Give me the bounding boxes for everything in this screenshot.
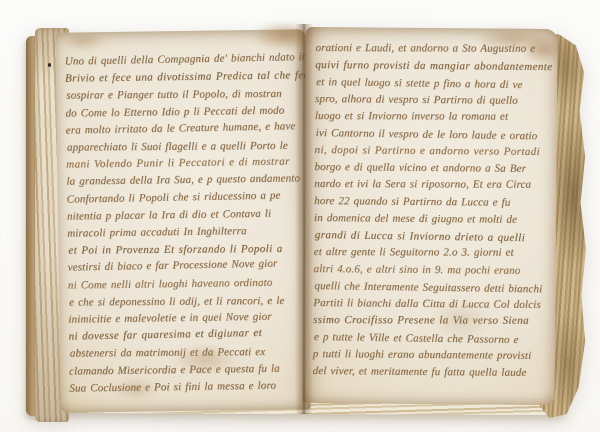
manuscript-text-line: et altre gente li Seguitorno 2.o 3. gior… bbox=[314, 244, 556, 262]
manuscript-text-line: ni Come nelli altri luoghi haveano ordin… bbox=[68, 274, 309, 295]
manuscript-text-line: in domenica del mese di giugno et molti … bbox=[314, 210, 556, 229]
left-page-handwritten-text: Uno di quelli della Compagnia de' bianch… bbox=[65, 50, 311, 397]
manuscript-text-line: orationi e Laudi, et andorno a Sto Augus… bbox=[315, 40, 557, 58]
right-page-handwritten-text: orationi e Laudi, et andorno a Sto Augus… bbox=[313, 40, 558, 382]
manuscript-text-line: Brivio et fece una divotissima Predica t… bbox=[65, 67, 306, 88]
manuscript-text-line: e p tutte le Ville et Castella che Passo… bbox=[314, 329, 556, 350]
manuscript-text-line: ni dovesse far quaresima et digiunar et bbox=[68, 324, 309, 346]
photo-background: Uno di quelli della Compagnia de' bianch… bbox=[0, 0, 600, 432]
manuscript-text-line: e che si deponessino li odij, et li ranc… bbox=[69, 293, 310, 312]
manuscript-text-line: nardo et ivi la Sera si riposorno, Et er… bbox=[314, 176, 556, 194]
manuscript-text-line: abstenersi da matrimonij et da Peccati e… bbox=[70, 344, 311, 363]
manuscript-text-line: altri 4.o.6, e altri sino in 9. ma pochi… bbox=[313, 261, 555, 280]
left-manuscript-page: Uno di quelli della Compagnia de' bianch… bbox=[55, 29, 310, 412]
manuscript-text-line: era molto irritato da le Creature humane… bbox=[66, 118, 307, 140]
manuscript-text-line: sospirar e Pianger tutto il Popolo, di m… bbox=[66, 86, 307, 105]
gutter-shadow bbox=[295, 24, 313, 414]
manuscript-text-line: del viver, et meritamente fu fatta quell… bbox=[313, 363, 555, 382]
manuscript-text-line: apparechiato li Suoi flagelli e a quelli… bbox=[67, 138, 308, 157]
open-manuscript-book: Uno di quelli della Compagnia de' bianch… bbox=[26, 22, 572, 420]
manuscript-text-line: ivi Cantorno il vespro de le loro laude … bbox=[316, 125, 558, 146]
manuscript-text-line: luogo et si Inviorno inverso la romana e… bbox=[315, 108, 557, 126]
manuscript-text-line: Sua Coclusione e Poi si fini la messa e … bbox=[69, 377, 310, 398]
manuscript-text-line: hore 22 quando si Partirno da Lucca e fu bbox=[314, 193, 556, 212]
manuscript-text-line: miracoli prima accaduti In Inghilterra bbox=[67, 222, 308, 243]
manuscript-text-line: ssimo Crocifisso Presene la Via verso Si… bbox=[313, 312, 555, 330]
manuscript-text-line: quivi furno provisti da mangiar abondant… bbox=[315, 57, 557, 76]
manuscript-text-line: et in quel luogo si stette p fino a hora… bbox=[316, 74, 558, 95]
manuscript-text-line: quelli che Interamente Seguitassero dett… bbox=[314, 278, 556, 299]
ink-speck bbox=[48, 63, 51, 67]
right-manuscript-page: orationi e Laudi, et andorno a Sto Augus… bbox=[302, 27, 557, 405]
